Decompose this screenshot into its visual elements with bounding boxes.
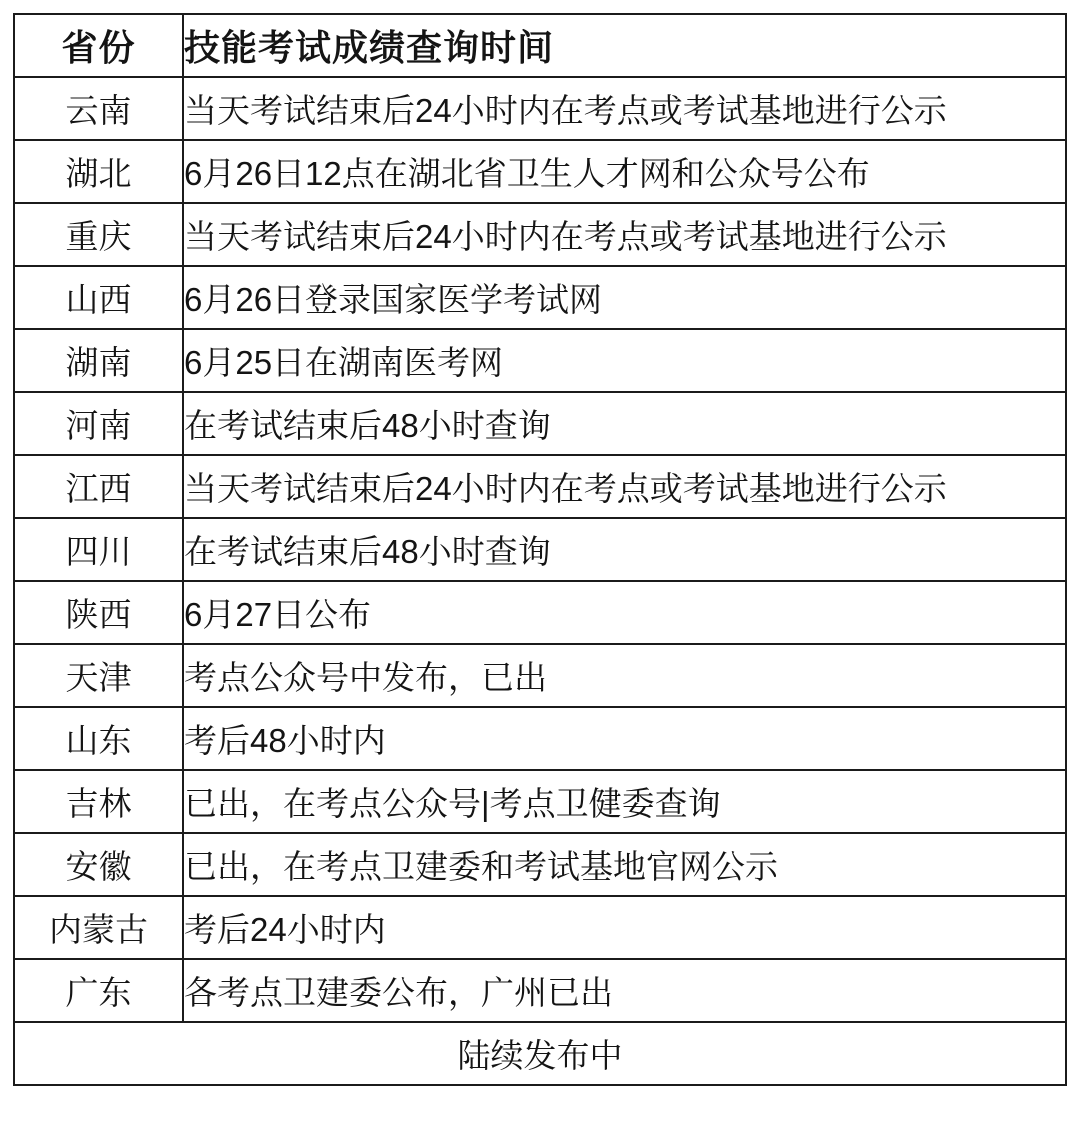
table-row: 安徽 已出，在考点卫建委和考试基地官网公示 <box>14 833 1066 896</box>
query-time-cell: 当天考试结束后24小时内在考点或考试基地进行公示 <box>183 203 1066 266</box>
table-row: 云南 当天考试结束后24小时内在考点或考试基地进行公示 <box>14 77 1066 140</box>
table-row: 山东 考后48小时内 <box>14 707 1066 770</box>
table-row: 江西 当天考试结束后24小时内在考点或考试基地进行公示 <box>14 455 1066 518</box>
province-cell: 内蒙古 <box>14 896 183 959</box>
footer-cell: 陆续发布中 <box>14 1022 1066 1085</box>
table-row: 天津 考点公众号中发布，已出 <box>14 644 1066 707</box>
query-time-cell: 已出，在考点卫建委和考试基地官网公示 <box>183 833 1066 896</box>
table-row: 吉林 已出，在考点公众号|考点卫健委查询 <box>14 770 1066 833</box>
header-province: 省份 <box>14 14 183 77</box>
footer-row: 陆续发布中 <box>14 1022 1066 1085</box>
table-row: 山西 6月26日登录国家医学考试网 <box>14 266 1066 329</box>
query-time-cell: 在考试结束后48小时查询 <box>183 392 1066 455</box>
query-time-cell: 已出，在考点公众号|考点卫健委查询 <box>183 770 1066 833</box>
province-cell: 陕西 <box>14 581 183 644</box>
province-cell: 山东 <box>14 707 183 770</box>
table-row: 重庆 当天考试结束后24小时内在考点或考试基地进行公示 <box>14 203 1066 266</box>
query-time-cell: 在考试结束后48小时查询 <box>183 518 1066 581</box>
province-cell: 重庆 <box>14 203 183 266</box>
province-cell: 吉林 <box>14 770 183 833</box>
query-time-cell: 当天考试结束后24小时内在考点或考试基地进行公示 <box>183 77 1066 140</box>
query-time-cell: 各考点卫建委公布，广州已出 <box>183 959 1066 1022</box>
province-cell: 天津 <box>14 644 183 707</box>
query-time-cell: 6月27日公布 <box>183 581 1066 644</box>
query-time-cell: 当天考试结束后24小时内在考点或考试基地进行公示 <box>183 455 1066 518</box>
table-row: 湖北 6月26日12点在湖北省卫生人才网和公众号公布 <box>14 140 1066 203</box>
province-cell: 广东 <box>14 959 183 1022</box>
table-row: 湖南 6月25日在湖南医考网 <box>14 329 1066 392</box>
query-time-cell: 6月26日登录国家医学考试网 <box>183 266 1066 329</box>
table-row: 河南 在考试结束后48小时查询 <box>14 392 1066 455</box>
table-row: 陕西 6月27日公布 <box>14 581 1066 644</box>
province-cell: 河南 <box>14 392 183 455</box>
province-cell: 云南 <box>14 77 183 140</box>
score-query-table: 省份 技能考试成绩查询时间 云南 当天考试结束后24小时内在考点或考试基地进行公… <box>13 13 1067 1086</box>
province-cell: 江西 <box>14 455 183 518</box>
province-cell: 四川 <box>14 518 183 581</box>
table-row: 内蒙古 考后24小时内 <box>14 896 1066 959</box>
table-row: 四川 在考试结束后48小时查询 <box>14 518 1066 581</box>
page: 省份 技能考试成绩查询时间 云南 当天考试结束后24小时内在考点或考试基地进行公… <box>0 0 1080 1086</box>
query-time-cell: 考后24小时内 <box>183 896 1066 959</box>
header-row: 省份 技能考试成绩查询时间 <box>14 14 1066 77</box>
query-time-cell: 6月25日在湖南医考网 <box>183 329 1066 392</box>
province-cell: 山西 <box>14 266 183 329</box>
province-cell: 湖南 <box>14 329 183 392</box>
query-time-cell: 考后48小时内 <box>183 707 1066 770</box>
table-row: 广东 各考点卫建委公布，广州已出 <box>14 959 1066 1022</box>
province-cell: 安徽 <box>14 833 183 896</box>
province-cell: 湖北 <box>14 140 183 203</box>
query-time-cell: 6月26日12点在湖北省卫生人才网和公众号公布 <box>183 140 1066 203</box>
header-query-time: 技能考试成绩查询时间 <box>183 14 1066 77</box>
query-time-cell: 考点公众号中发布，已出 <box>183 644 1066 707</box>
